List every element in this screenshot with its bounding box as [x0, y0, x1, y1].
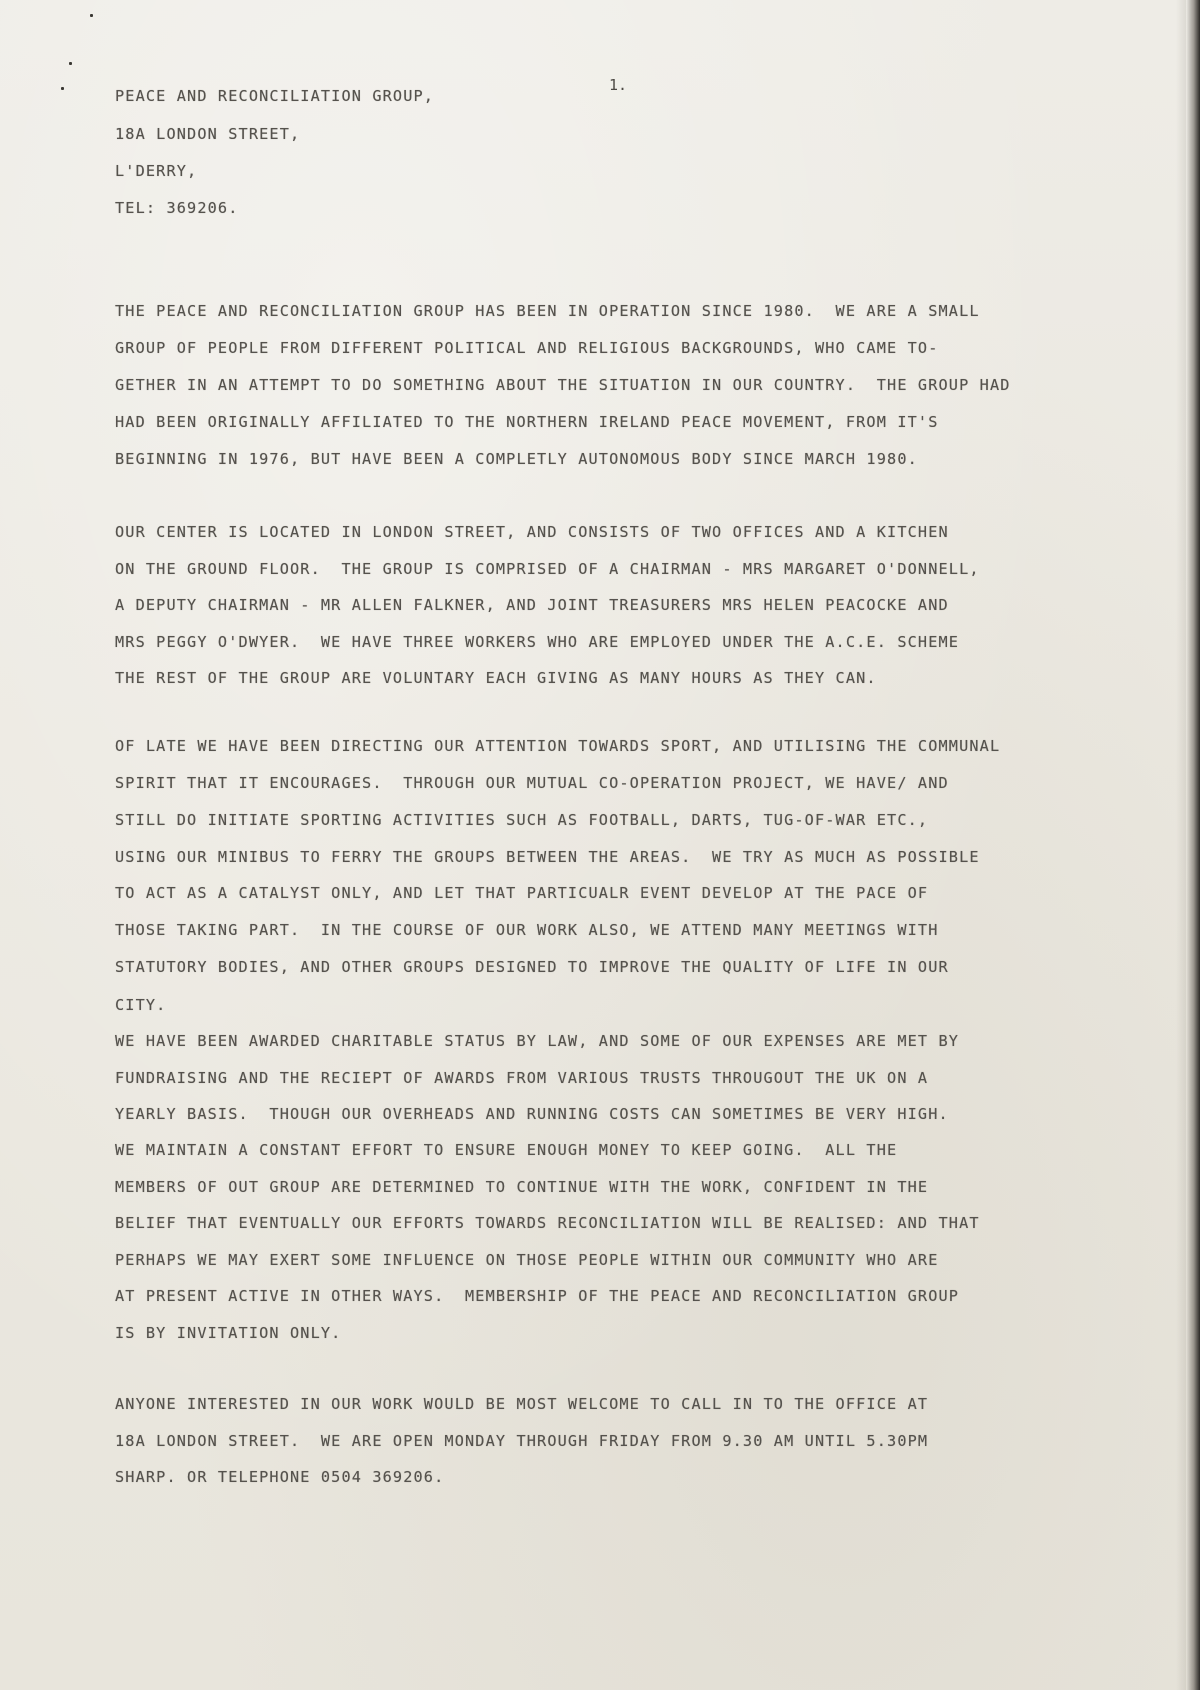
ink-speck — [61, 87, 64, 90]
page-number: 1. — [609, 76, 627, 94]
text-line: USING OUR MINIBUS TO FERRY THE GROUPS BE… — [115, 850, 980, 865]
text-line: OF LATE WE HAVE BEEN DIRECTING OUR ATTEN… — [115, 739, 1000, 754]
text-line: WE HAVE BEEN AWARDED CHARITABLE STATUS B… — [115, 1034, 959, 1049]
text-line: ON THE GROUND FLOOR. THE GROUP IS COMPRI… — [115, 562, 980, 577]
text-line: BEGINNING IN 1976, BUT HAVE BEEN A COMPL… — [115, 452, 918, 467]
scanned-document-page: 1. PEACE AND RECONCILIATION GROUP, 18A L… — [0, 0, 1200, 1690]
text-line: OUR CENTER IS LOCATED IN LONDON STREET, … — [115, 525, 949, 540]
letterhead-telephone: TEL: 369206. — [115, 201, 239, 216]
ink-speck — [69, 62, 72, 65]
text-line: IS BY INVITATION ONLY. — [115, 1326, 341, 1341]
text-line: MRS PEGGY O'DWYER. WE HAVE THREE WORKERS… — [115, 635, 959, 650]
text-line: HAD BEEN ORIGINALLY AFFILIATED TO THE NO… — [115, 415, 939, 430]
text-line: GROUP OF PEOPLE FROM DIFFERENT POLITICAL… — [115, 341, 939, 356]
letterhead-street: 18A LONDON STREET, — [115, 127, 300, 142]
text-line: CITY. — [115, 998, 166, 1013]
text-line: BELIEF THAT EVENTUALLY OUR EFFORTS TOWAR… — [115, 1216, 980, 1231]
text-line: THE REST OF THE GROUP ARE VOLUNTARY EACH… — [115, 671, 877, 686]
text-line: A DEPUTY CHAIRMAN - MR ALLEN FALKNER, AN… — [115, 598, 949, 613]
text-line: MEMBERS OF OUT GROUP ARE DETERMINED TO C… — [115, 1180, 928, 1195]
text-line: SPIRIT THAT IT ENCOURAGES. THROUGH OUR M… — [115, 776, 949, 791]
text-line: SHARP. OR TELEPHONE 0504 369206. — [115, 1470, 444, 1485]
text-line: TO ACT AS A CATALYST ONLY, AND LET THAT … — [115, 886, 928, 901]
text-line: FUNDRAISING AND THE RECIEPT OF AWARDS FR… — [115, 1071, 928, 1086]
text-line: THOSE TAKING PART. IN THE COURSE OF OUR … — [115, 923, 939, 938]
text-line: GETHER IN AN ATTEMPT TO DO SOMETHING ABO… — [115, 378, 1011, 393]
text-line: ANYONE INTERESTED IN OUR WORK WOULD BE M… — [115, 1397, 928, 1412]
text-line: STATUTORY BODIES, AND OTHER GROUPS DESIG… — [115, 960, 949, 975]
text-line: 18A LONDON STREET. WE ARE OPEN MONDAY TH… — [115, 1434, 928, 1449]
text-line: PERHAPS WE MAY EXERT SOME INFLUENCE ON T… — [115, 1253, 939, 1268]
scan-page-edge-shadow — [1186, 0, 1200, 1690]
text-line: THE PEACE AND RECONCILIATION GROUP HAS B… — [115, 304, 980, 319]
text-line: YEARLY BASIS. THOUGH OUR OVERHEADS AND R… — [115, 1107, 949, 1122]
ink-speck — [90, 14, 93, 17]
letterhead-organization: PEACE AND RECONCILIATION GROUP, — [115, 89, 434, 104]
text-line: AT PRESENT ACTIVE IN OTHER WAYS. MEMBERS… — [115, 1289, 959, 1304]
text-line: WE MAINTAIN A CONSTANT EFFORT TO ENSURE … — [115, 1143, 897, 1158]
letterhead-city: L'DERRY, — [115, 164, 197, 179]
text-line: STILL DO INITIATE SPORTING ACTIVITIES SU… — [115, 813, 928, 828]
